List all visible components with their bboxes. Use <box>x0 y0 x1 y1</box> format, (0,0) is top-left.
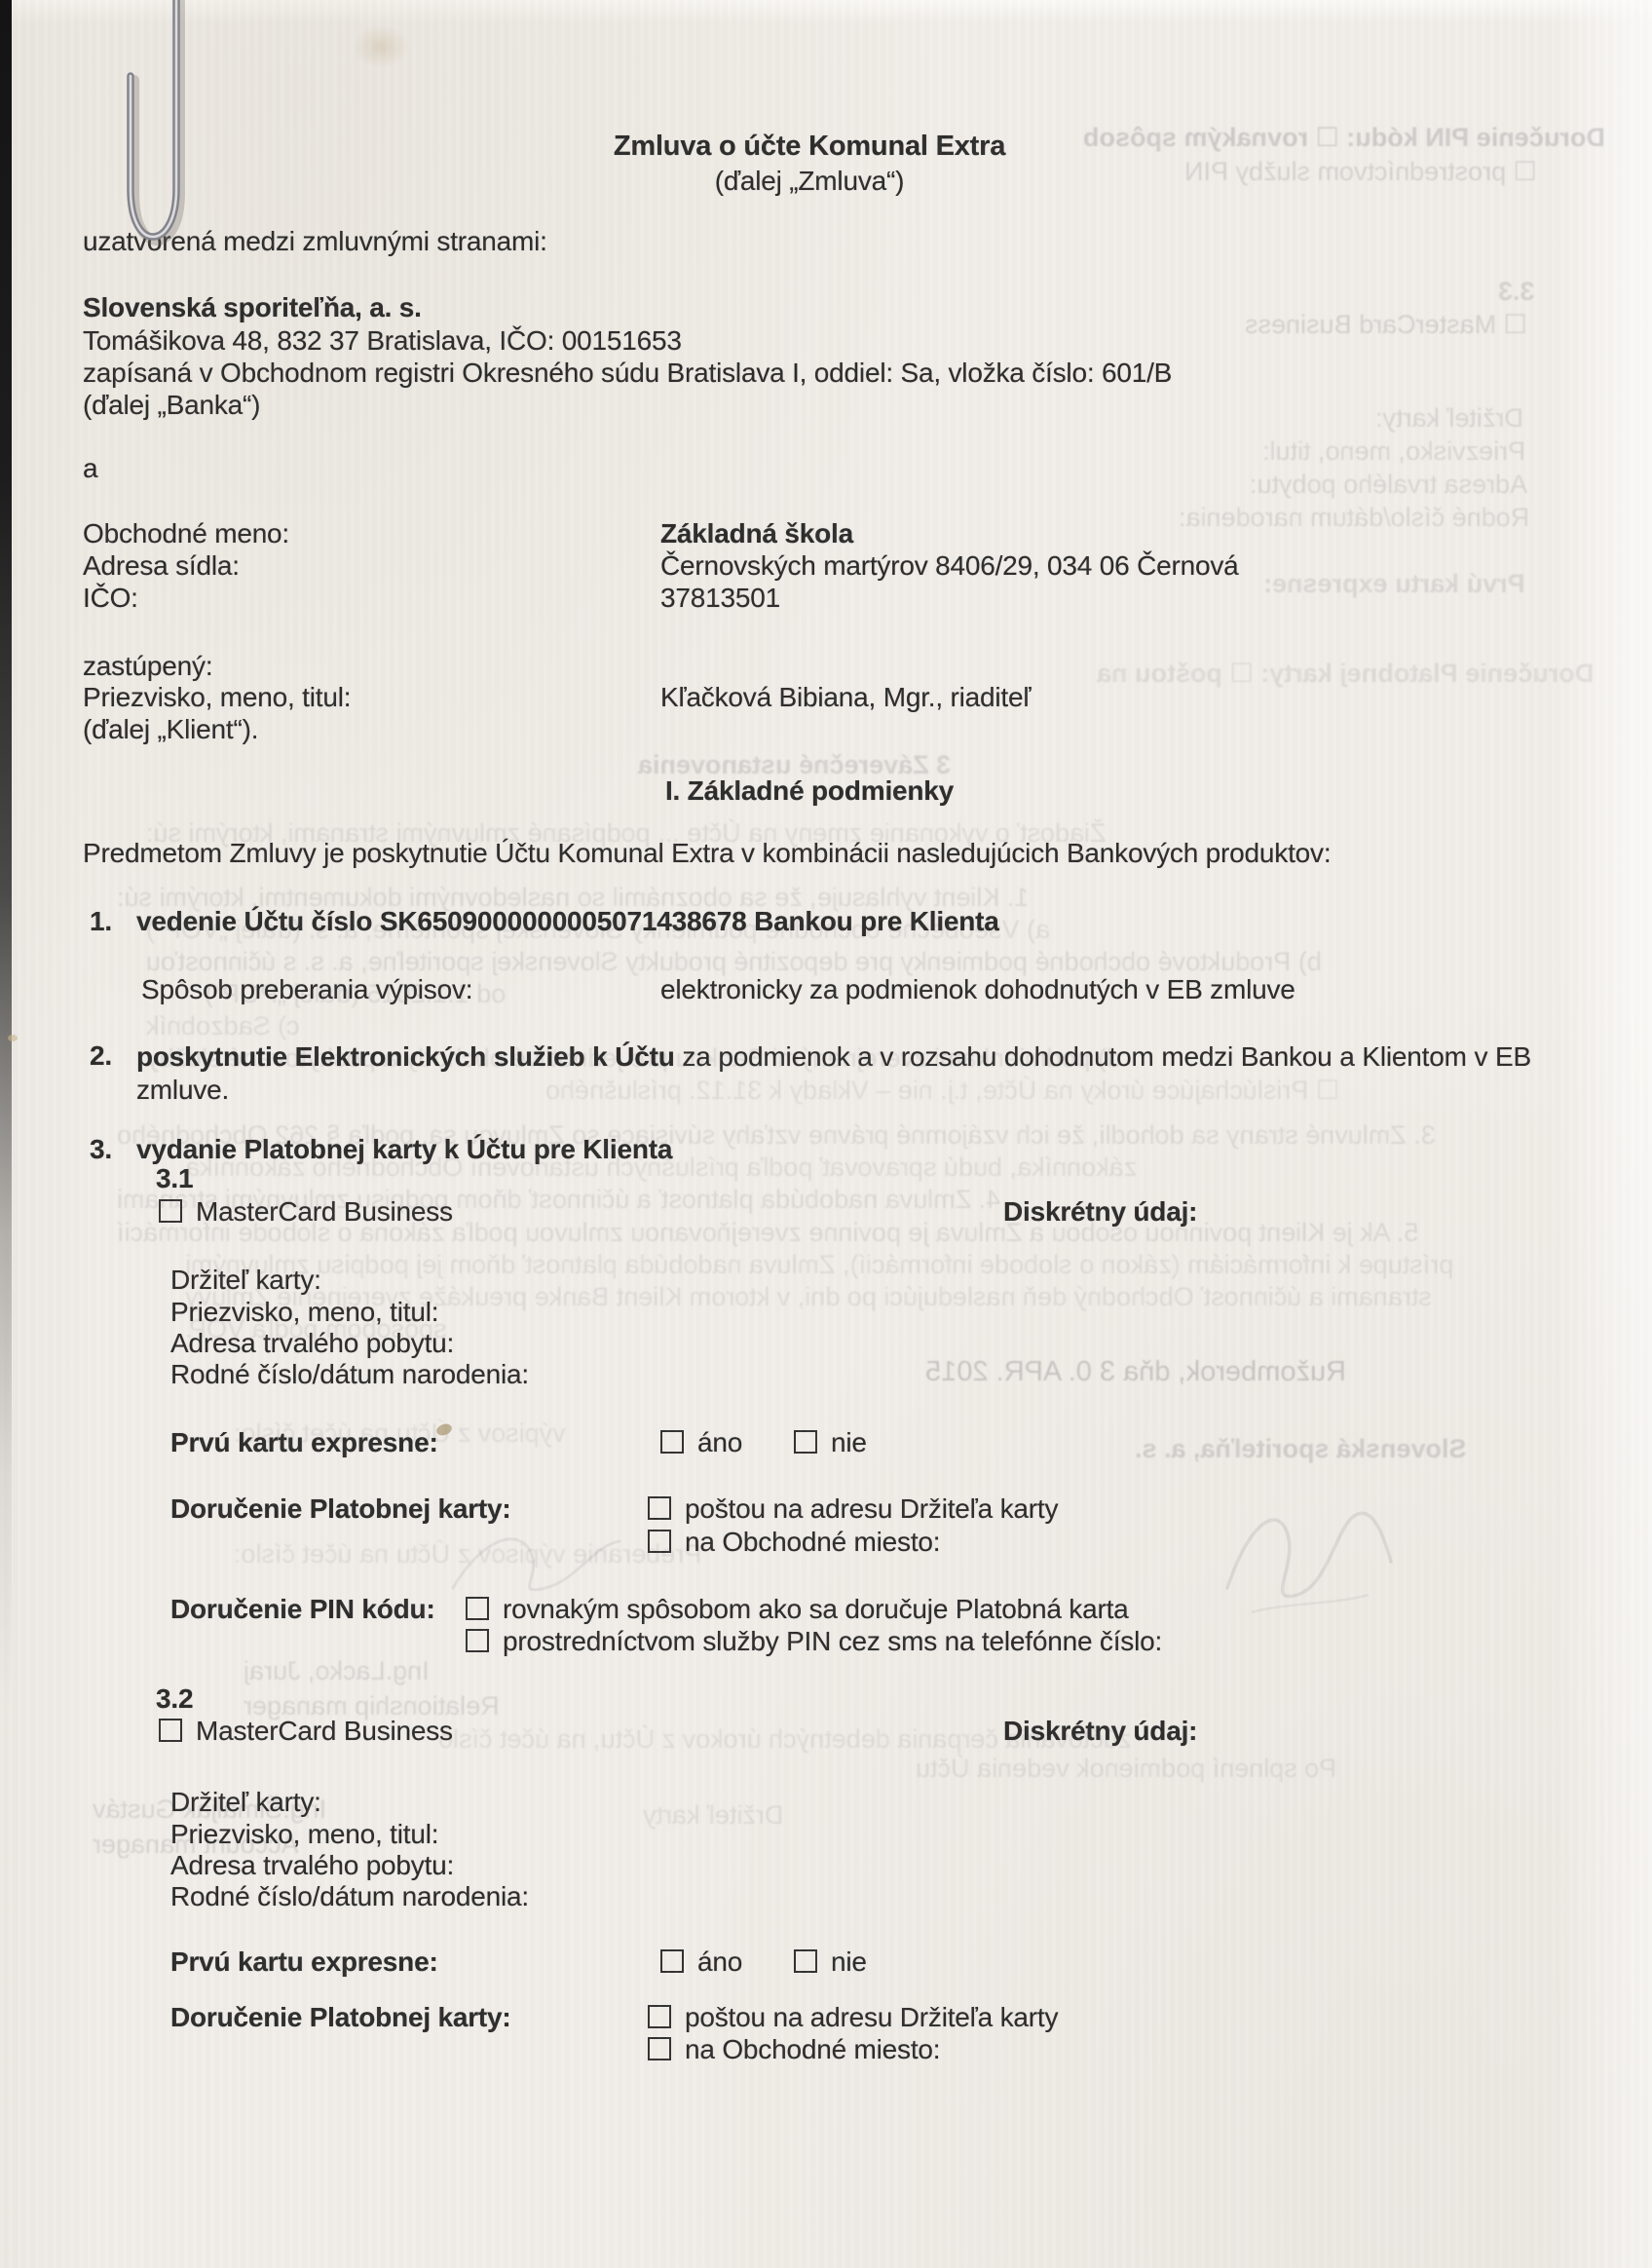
delivery-branch-label-2: na Obchodné miesto: <box>685 2034 940 2064</box>
pin-label: Doručenie PIN kódu: <box>170 1594 435 1625</box>
item2-bold-part: poskytnutie Elektronických služieb k Účt… <box>136 1041 675 1072</box>
mastercard-label-2: MasterCard Business <box>196 1716 453 1746</box>
client-alias: (ďalej „Klient“). <box>83 714 258 745</box>
client-ico-value: 37813501 <box>660 583 780 614</box>
express-yes-1: áno <box>660 1427 742 1458</box>
delivery-branch-label-1: na Obchodné miesto: <box>685 1527 940 1557</box>
delivery-opt-post-1: poštou na adresu Držiteľa karty <box>648 1493 1058 1525</box>
checkbox-mastercard-1 <box>159 1199 182 1223</box>
bleedthrough-text: Ing.Lacko, Juraj <box>244 1656 430 1686</box>
section-lead: Predmetom Zmluvy je poskytnutie Účtu Kom… <box>83 838 1331 869</box>
bank-address: Tomášikova 48, 832 37 Bratislava, IČO: 0… <box>83 325 682 357</box>
holder-label-2: Držiteľ karty: <box>170 1787 321 1818</box>
checkbox-no-1 <box>794 1430 817 1454</box>
delivery-post-label-2: poštou na adresu Držiteľa karty <box>685 2002 1058 2032</box>
checkbox-yes-2 <box>660 1949 684 1973</box>
bleedthrough-text: Adresa trvalého pobytu: <box>1250 470 1527 500</box>
bleedthrough-text: Držiteľ karty: <box>1375 403 1523 434</box>
no-label-1: nie <box>831 1427 867 1457</box>
delivery-opt-branch-2: na Obchodné miesto: <box>648 2034 940 2065</box>
bleedthrough-text: Prvú kartu expresne: <box>1263 569 1525 599</box>
bleedthrough-text: Držiteľ karty <box>643 1800 783 1831</box>
delivery-opt-branch-1: na Obchodné miesto: <box>648 1527 940 1558</box>
delivery-label-1: Doručenie Platobnej karty: <box>170 1493 511 1525</box>
yes-label-2: áno <box>697 1947 742 1977</box>
pin-opt-same: rovnakým spôsobom ako sa doručuje Platob… <box>466 1594 1129 1625</box>
scan-edge-shadow <box>0 0 12 1715</box>
pin-sms-label: prostredníctvom služby PIN cez sms na te… <box>503 1626 1162 1656</box>
bleedthrough-text: Priezvisko, meno, titul: <box>1262 436 1525 467</box>
holder-person-label-2: Priezvisko, meno, titul: <box>170 1819 438 1850</box>
holder-label-1: Držiteľ karty: <box>170 1265 321 1296</box>
discrete-data-label-2: Diskrétny údaj: <box>1003 1716 1197 1747</box>
bleedthrough-text: Ružomberok, dňa 3 0. APR. 2015 <box>925 1356 1346 1388</box>
checkbox-delivery-post-2 <box>648 2005 671 2028</box>
mastercard-row-2: MasterCard Business <box>159 1716 453 1747</box>
item2-number: 2. <box>90 1040 112 1072</box>
pin-same-label: rovnakým spôsobom ako sa doručuje Platob… <box>503 1594 1129 1624</box>
pin-opt-sms: prostredníctvom služby PIN cez sms na te… <box>466 1626 1162 1657</box>
item1-text: vedenie Účtu číslo SK6509000000005071438… <box>136 906 999 937</box>
bank-registry: zapísaná v Obchodnom registri Okresného … <box>83 358 1172 389</box>
client-person-label: Priezvisko, meno, titul: <box>83 682 351 713</box>
no-label-2: nie <box>831 1947 867 1977</box>
checkbox-pin-same <box>466 1597 489 1620</box>
conjunction: a <box>83 453 97 484</box>
bleedthrough-text: Rodné číslo/dátum narodenia: <box>1179 503 1529 533</box>
checkbox-pin-sms <box>466 1629 489 1652</box>
bleedthrough-text: 3.3 <box>1498 277 1535 307</box>
client-person-value: Kľačková Bibiana, Mgr., riaditeľ <box>660 682 1031 713</box>
bleedthrough-text: ☐ MasterCard Business <box>1245 310 1527 340</box>
paperclip <box>115 0 193 257</box>
mastercard-label-1: MasterCard Business <box>196 1196 453 1227</box>
express-yes-2: áno <box>660 1947 742 1978</box>
represented-label: zastúpený: <box>83 651 212 682</box>
holder-birth-label-1: Rodné číslo/dátum narodenia: <box>170 1359 529 1390</box>
delivery-post-label-1: poštou na adresu Držiteľa karty <box>685 1493 1058 1524</box>
checkbox-delivery-branch-1 <box>648 1530 671 1553</box>
client-address-value: Černovských martýrov 8406/29, 034 06 Čer… <box>660 550 1239 582</box>
holder-address-label-2: Adresa trvalého pobytu: <box>170 1850 454 1881</box>
item2-text: poskytnutie Elektronických služieb k Účt… <box>136 1040 1531 1107</box>
subsection-3-2: 3.2 <box>156 1683 193 1715</box>
document-title: Zmluva o účte Komunal Extra <box>0 131 1619 163</box>
subsection-3-1: 3.1 <box>156 1163 193 1194</box>
yes-label-1: áno <box>697 1427 742 1457</box>
bank-name: Slovenská sporiteľňa, a. s. <box>83 292 422 323</box>
bleedthrough-text: prístupe k informáciám (zákon o slobode … <box>185 1250 1453 1280</box>
statements-value: elektronicky za podmienok dohodnutých v … <box>660 974 1295 1005</box>
checkbox-yes-1 <box>660 1430 684 1454</box>
discrete-data-label-1: Diskrétny údaj: <box>1003 1196 1197 1228</box>
client-ico-label: IČO: <box>83 583 138 614</box>
express-no-1: nie <box>794 1427 867 1458</box>
express-no-2: nie <box>794 1947 867 1978</box>
bleedthrough-text: c) Sadzobník <box>146 1011 300 1041</box>
delivery-label-2: Doručenie Platobnej karty: <box>170 2002 511 2033</box>
bleedthrough-text: Doručenie Platobnej karty: ☐ poštou na <box>1097 659 1594 689</box>
delivery-opt-post-2: poštou na adresu Držiteľa karty <box>648 2002 1058 2033</box>
item3-number: 3. <box>90 1134 112 1165</box>
item1-number: 1. <box>90 906 112 937</box>
paper-speck-small <box>8 1035 18 1041</box>
bank-alias: (ďalej „Banka“) <box>83 390 260 421</box>
bleedthrough-text: Po splnení podmienok vedenia Účtu <box>916 1754 1336 1784</box>
document-subtitle: (ďalej „Zmluva“) <box>0 166 1619 197</box>
holder-birth-label-2: Rodné číslo/dátum narodenia: <box>170 1881 529 1912</box>
client-address-label: Adresa sídla: <box>83 550 240 582</box>
holder-address-label-1: Adresa trvalého pobytu: <box>170 1328 454 1359</box>
bleedthrough-text: Slovenská sporiteľňa, a. s. <box>1135 1434 1467 1464</box>
express-label-1: Prvú kartu expresne: <box>170 1427 438 1458</box>
client-name-value: Základná škola <box>660 518 853 549</box>
checkbox-no-2 <box>794 1949 817 1973</box>
item3-text: vydanie Platobnej karty k Účtu pre Klien… <box>136 1134 672 1165</box>
bleedthrough-text: b) Produktové obchodné podmienky pre dep… <box>146 947 1322 977</box>
mastercard-row-1: MasterCard Business <box>159 1196 453 1228</box>
scanned-contract-page: Doručenie PIN kódu: ☐ rovnakým spôsob☐ p… <box>0 0 1652 2268</box>
client-name-label: Obchodné meno: <box>83 518 289 549</box>
statements-label: Spôsob preberania výpisov: <box>141 974 472 1005</box>
section-heading: I. Základné podmienky <box>0 775 1619 807</box>
paper-smudge <box>343 18 419 76</box>
checkbox-delivery-branch-2 <box>648 2037 671 2060</box>
express-label-2: Prvú kartu expresne: <box>170 1947 438 1978</box>
checkbox-delivery-post-1 <box>648 1496 671 1520</box>
checkbox-mastercard-2 <box>159 1719 182 1742</box>
bleedthrough-signature-right <box>1208 1466 1403 1627</box>
holder-person-label-1: Priezvisko, meno, titul: <box>170 1297 438 1328</box>
